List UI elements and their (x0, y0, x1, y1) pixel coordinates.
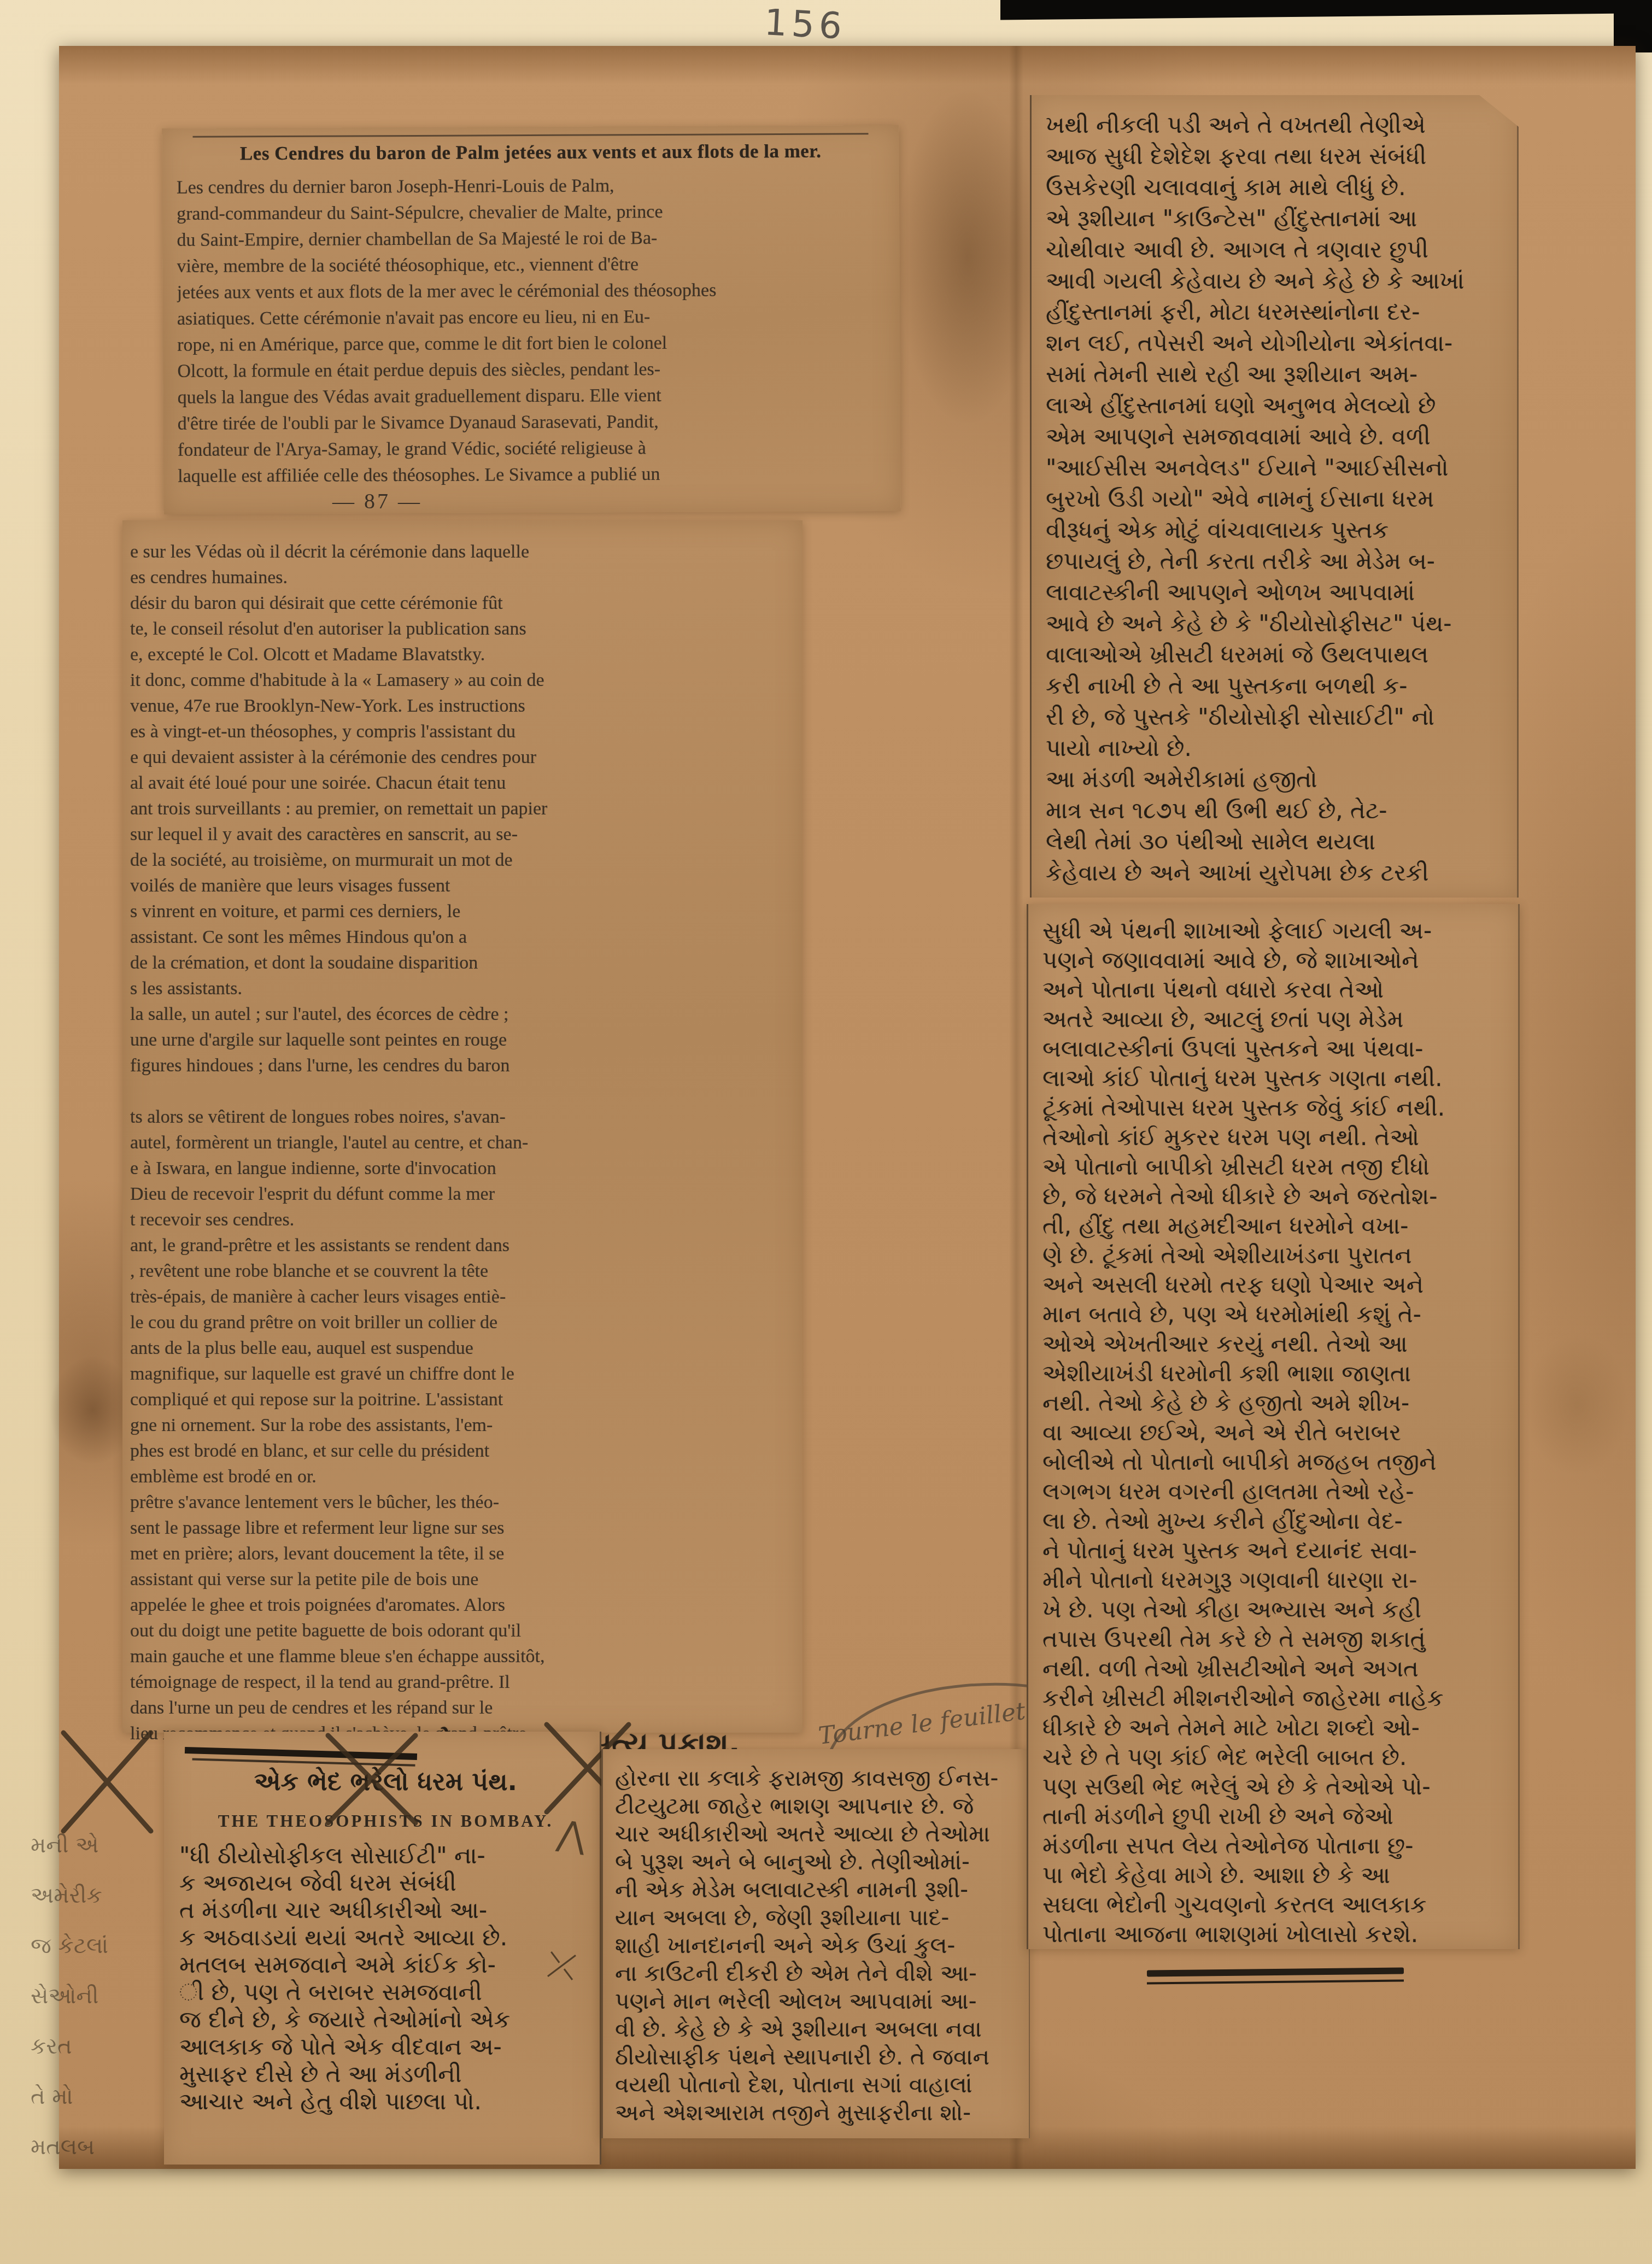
text-line: Olcott, la formule en était perdue depui… (177, 355, 886, 385)
text-line: ચરે છે તે પણ કાંઈ ભેદ ભરેલી બાબત છે. (1042, 1743, 1508, 1772)
text-line: ant trois surveillants : au premier, on … (130, 796, 793, 822)
right-column-upper: ખથી નીકલી પડી અને તે વખતથી તેણીએઆજ સુધી … (1030, 95, 1519, 898)
text-line: out du doigt une petite baguette de bois… (130, 1618, 793, 1644)
text-line: તી, હીંદુ તથા મહમદીઆન ધરમોને વખા- (1042, 1211, 1508, 1241)
text-line: એશીયાખંડી ધરમોની કશી ભાશા જાણતા (1042, 1359, 1508, 1388)
text-line (130, 1078, 793, 1104)
pencil-caret: ⋀ (555, 1813, 589, 1857)
text-line: તે મો (31, 2072, 167, 2122)
text-line: અતરે આવ્યા છે, આટલું છતાં પણ મેડેમ (1042, 1005, 1508, 1034)
text-line: Dieu de recevoir l'esprit du défunt comm… (130, 1181, 793, 1207)
pencil-x-mark (52, 1722, 162, 1842)
text-line: sur lequel il y avait des caractères en … (130, 822, 793, 847)
text-line: ટૂંકમાં તેઓપાસ ધરમ પુસ્તક જેવું કાંઈ નથી… (1042, 1093, 1508, 1123)
text-line: témoignage de respect, il la tend au gra… (130, 1669, 793, 1695)
text-line: એ રૂશીયાન "કાઉન્ટેસ" હીંદુસ્તાનમાં આ (1046, 203, 1506, 234)
text-line: venue, 47e rue Brooklyn-New-York. Les in… (130, 693, 793, 719)
text-line: પણને માન ભરેલી ઓલખ આપવામાં આ- (615, 1987, 1023, 2015)
text-line: લા છે. તેઓ મુખ્ય કરીને હીંદુઓના વેદ- (1042, 1506, 1508, 1536)
text-line: de la crémation, et dont la soudaine dis… (130, 950, 793, 976)
text-line: désir du baron qui désirait que cette cé… (130, 590, 793, 616)
text-line: ખે છે. પણ તેઓ કીહા અભ્યાસ અને કહી (1042, 1595, 1508, 1624)
text-line: te, le conseil résolut d'en autoriser la… (130, 616, 793, 642)
bombay-body: "ધી ઠીયોસોફીકલ સોસાઈટી" ના-ક અજાયબ જેવી … (179, 1842, 592, 2115)
text-line: autel, formèrent un triangle, l'autel au… (130, 1130, 793, 1156)
text-line: આલકાક જે પોતે એક વીદવાન અ- (179, 2033, 592, 2061)
text-line: e qui devaient assister à la cérémonie d… (130, 744, 793, 770)
text-line: આચાર અને હેતુ વીશે પાછલા પો. (179, 2088, 592, 2115)
text-line: sent le passage libre et referment leur … (130, 1515, 793, 1541)
text-line: ટીટયુટમા જાહેર ભાશણ આપનાર છે. જે (615, 1792, 1023, 1820)
text-line: આજ સુધી દેશેદેશ ફરવા તથા ધરમ સંબંધી (1046, 140, 1506, 172)
text-line: ધીકારે છે અને તેમને માટે ખોટા શબ્દો ઓ- (1042, 1713, 1508, 1743)
text-line: ના કાઉંટની દીકરી છે એમ તેને વીશે આ- (615, 1960, 1023, 1987)
scanner-bed-corner (1614, 0, 1652, 52)
text-line: આ મંડળી અમેરીકામાં હજીતો (1046, 764, 1506, 795)
text-line: it donc, comme d'habitude à la « Lamaser… (130, 667, 793, 693)
text-line: dans l'urne un peu de cendres et les rép… (130, 1695, 793, 1721)
text-line: ts alors se vêtirent de longues robes no… (130, 1104, 793, 1130)
text-line: phes est brodé en blanc, et sur celle du… (130, 1438, 793, 1464)
right-column-lower: સુધી એ પંથની શાખાઓ ફેલાઈ ગયલી અ-પણને જણા… (1027, 904, 1520, 1949)
text-line: ને પોતાનું ધરમ પુસ્તક અને દયાનંદ સવા- (1042, 1536, 1508, 1565)
text-line: vière, membre de la société théosophique… (177, 250, 885, 280)
text-line: તેઓનો કાંઈ મુકરર ધરમ પણ નથી. તેઓ (1042, 1123, 1508, 1152)
text-line: વા આવ્યા છઈએ, અને એ રીતે બરાબર (1042, 1418, 1508, 1447)
text-line: emblème est brodé en or. (130, 1464, 793, 1489)
text-line: grand-commandeur du Saint-Sépulcre, chev… (177, 198, 885, 227)
text-line: શાહી ખાનદાનની અને એક ઉંચાં કુલ- (615, 1932, 1023, 1960)
text-line: પણને જણાવવામાં આવે છે, જે શાખાઓને (1042, 946, 1508, 975)
text-line: અને પોતાના પંથનો વધારો કરવા તેઓ (1042, 975, 1508, 1005)
text-line: asiatiques. Cette cérémonie n'avait pas … (177, 303, 886, 332)
text-line: યાન અબલા છે, જેણી રૂશીયાના પાદ- (615, 1904, 1023, 1932)
text-line: વીરૂધનું એક મોટું વાંચવાલાયક પુસ્તક (1046, 514, 1506, 546)
text-line: શન લઈ, તપેસરી અને યોગીયોના એકાંતવા- (1046, 327, 1506, 359)
text-line: બોલીએ તો પોતાનો બાપીકો મજહબ તજીને (1042, 1447, 1508, 1477)
text-line: e à Iswara, en langue indienne, sorte d'… (130, 1156, 793, 1181)
text-line: છે, જે ધરમને તેઓ ધીકારે છે અને જરતોશ- (1042, 1182, 1508, 1211)
text-line: main gauche et une flamme bleue s'en éch… (130, 1644, 793, 1669)
text-line: "આઈસીસ અનવેલડ" ઈયાને "આઈસીસનો (1046, 452, 1506, 483)
french-headline: Les Cendres du baron de Palm jetées aux … (193, 133, 869, 165)
end-rule (1042, 1969, 1508, 1983)
text-line: પોતાના આજના ભાશણમાં ખોલાસો કરશે. (1042, 1920, 1508, 1949)
text-line: appelée le ghee et trois poignées d'arom… (130, 1592, 793, 1618)
text-line: ત મંડળીના ચાર અધીકારીઓ આ- (179, 1897, 592, 1924)
text-line: તાની મંડળીને છુપી રાખી છે અને જેઓ (1042, 1802, 1508, 1831)
text-line: જ કેટલાં (31, 1921, 167, 1971)
text-line: લાએ હીંદુસ્તાનમાં ઘણો અનુભવ મેલવ્યો છે (1046, 390, 1506, 421)
text-line: મંડળીના સપત લેય તેઓનેજ પોતાના છુ- (1042, 1831, 1508, 1861)
text-line: લાઓ કાંઈ પોતાનું ધરમ પુસ્તક ગણતા નથી. (1042, 1064, 1508, 1093)
text-line: très-épais, de manière à cacher leurs vi… (130, 1284, 793, 1310)
text-line: ચોથીવાર આવી છે. આગલ તે ત્રણવાર છુપી (1046, 234, 1506, 265)
text-line: t recevoir ses cendres. (130, 1207, 793, 1233)
text-line: હોરના રાા કલાકે ફરામજી કાવસજી ઈનસ- (615, 1764, 1023, 1792)
text-line: d'être tirée de l'oubli par le Sivamce D… (178, 408, 886, 437)
text-line: es cendres humaines. (130, 565, 793, 590)
text-line: માત્ર સન ૧૮૭૫ થી ઉભી થઈ છે, તેટ- (1046, 795, 1506, 826)
text-line: s vinrent en voiture, et parmi ces derni… (130, 899, 793, 924)
french-clipping-main: e sur les Védas où il décrit la cérémoni… (122, 520, 802, 1733)
text-line: બે પુરૂશ અને બે બાનુઓ છે. તેણીઓમાં- (615, 1848, 1023, 1876)
text-line: ી છે, પણ તે બરાબર સમજવાની (179, 1979, 592, 2006)
text-line: આવી ગયલી કેહેવાય છે અને કેહે છે કે આખાં (1046, 265, 1506, 296)
text-line: મુસાફર દીસે છે તે આ મંડળીની (179, 2061, 592, 2088)
text-line: લેથી તેમાં ૩૦ પંથીઓ સામેલ થયલા (1046, 826, 1506, 857)
text-line: જ દીને છે, કે જયારે તેઓમાંનો એક (179, 2006, 592, 2033)
text-line: મીને પોતાનો ધરમગુરૂ ગણવાની ધારણા રા- (1042, 1565, 1508, 1595)
text-line: ant, le grand-prêtre et les assistants s… (130, 1233, 793, 1258)
text-line: es à vingt-et-un théosophes, y compris l… (130, 719, 793, 744)
text-line: એમ આપણને સમજાવવામાં આવે છે. વળી (1046, 421, 1506, 452)
text-line: આવે છે અને કેહે છે કે "ઠીયોસોફીસટ" પંથ- (1046, 608, 1506, 639)
french-body: Les cendres du dernier baron Joseph-Henr… (177, 172, 887, 490)
ghost-fragments: મની એઅમેરીકજ કેટલાંસેઓનીકરતતે મોમતલબ (31, 1820, 167, 2172)
text-line: અને અસલી ધરમો તરફ ઘણો પેઆર અને (1042, 1270, 1508, 1300)
right-column-lower-body: સુધી એ પંથની શાખાઓ ફેલાઈ ગયલી અ-પણને જણા… (1042, 916, 1508, 1949)
page-top-edge (59, 46, 1636, 84)
text-line: અને એશઆરામ તજીને મુસાફરીના શો- (615, 2099, 1023, 2127)
text-line: quels la langue des Védas avait graduell… (178, 382, 886, 411)
pencil-x-mark (317, 1730, 426, 1828)
text-line: laquelle est affiliée celle des théosoph… (178, 460, 886, 490)
text-line: fondateur de l'Arya-Samay, le grand Védi… (178, 434, 886, 464)
text-line: s les assistants. (130, 976, 793, 1001)
text-line: નથી. તેઓ કેહે છે કે હજીતો અમે શીખ- (1042, 1388, 1508, 1418)
text-line: લાવાટસ્કીની આપણને ઓળખ આપવામાં (1046, 577, 1506, 608)
text-line: magnifique, sur laquelle est gravé un ch… (130, 1361, 793, 1387)
text-line: ઠીયોસાફીક પંથને સ્થાપનારી છે. તે જવાન (615, 2043, 1023, 2071)
text-line: બલાવાટસ્કીનાં ઉપલાં પુસ્તકને આ પંથવા- (1042, 1034, 1508, 1064)
text-line: figures hindoues ; dans l'urne, les cend… (130, 1053, 793, 1078)
text-line: le cou du grand prêtre on voit briller u… (130, 1310, 793, 1335)
text-line: હીંદુસ્તાનમાં ફરી, મોટા ધરમસ્થાંનોના દર- (1046, 296, 1506, 327)
text-line: કરત (31, 2021, 167, 2072)
scrapbook-scan: 156 Les Cendres du baron de Palm jetées … (0, 0, 1652, 2264)
text-line: વયથી પોતાનો દેશ, પોતાના સગાં વાહાલાં (615, 2071, 1023, 2099)
text-line: માન બતાવે છે, પણ એ ધરમોમાંથી કશું તે- (1042, 1300, 1508, 1329)
text-line: al avait été loué pour une soirée. Chacu… (130, 770, 793, 796)
text-line: કરીને ખ્રીસટી મીશનરીઓને જાહેરમા નાહેક (1042, 1684, 1508, 1713)
text-line: e, excepté le Col. Olcott et Madame Blav… (130, 642, 793, 667)
pencil-caret: ⤫ (545, 1944, 578, 1988)
text-line: સુધી એ પંથની શાખાઓ ફેલાઈ ગયલી અ- (1042, 916, 1508, 946)
text-line: ઉસકેરણી ચલાવવાનું કામ માથે લીધું છે. (1046, 172, 1506, 203)
text-line: ક અઠવાડયાં થયાં અતરે આવ્યા છે. (179, 1924, 592, 1951)
text-line: લગભગ ધરમ વગરની હાલતમા તેઓ રહે- (1042, 1477, 1508, 1506)
text-line: ની એક મેડેમ બલાવાટસ્કી નામની રૂશી- (615, 1876, 1023, 1904)
text-line: assistant. Ce sont les mêmes Hindous qu'… (130, 924, 793, 950)
text-line: પા ભેદો કેહેવા માગે છે. આશા છે કે આ (1042, 1861, 1508, 1890)
middle-column-clipping: હોરના રાા કલાકે ફરામજી કાવસજી ઈનસ-ટીટયુટ… (601, 1749, 1030, 2138)
text-line: બુરખો ઉડી ગયો" એવે નામનું ઈસાના ધરમ (1046, 483, 1506, 514)
text-line: ક અજાયબ જેવી ધરમ સંબંધી (179, 1869, 592, 1897)
text-line: ખથી નીકલી પડી અને તે વખતથી તેણીએ (1046, 109, 1506, 140)
text-line: assistant qui verse sur la petite pile d… (130, 1567, 793, 1592)
french-clipping-top: Les Cendres du baron de Palm jetées aux … (162, 125, 900, 514)
text-line: "ધી ઠીયોસોફીકલ સોસાઈટી" ના- (179, 1842, 592, 1869)
handwritten-folio-number: 156 (763, 1, 847, 48)
text-line: prêtre s'avance lentement vers le bûcher… (130, 1489, 793, 1515)
text-line: મતલબ સમજવાને અમે કાંઈક કો- (179, 1951, 592, 1979)
text-line: પણ સઉથી ભેદ ભરેલું એ છે કે તેઓએ પો- (1042, 1772, 1508, 1802)
text-line: voilés de manière que leurs visages fuss… (130, 873, 793, 899)
text-line: કરી નાખી છે તે આ પુસ્તકના બળથી ક- (1046, 670, 1506, 701)
text-line: અમેરીક (31, 1870, 167, 1921)
printed-page-number: — 87 — (295, 488, 459, 514)
end-rule-thick (1147, 1968, 1404, 1977)
text-line: du Saint-Empire, dernier chambellan de S… (177, 224, 885, 254)
text-line: gne ni ornement. Sur la robe des assista… (130, 1412, 793, 1438)
text-line: સઘલા ભેદોની ગુચવણનો કરતલ આલકાક (1042, 1890, 1508, 1920)
text-line: ઓએ એખતીઆર કરયું નથી. તેઓ આ (1042, 1329, 1508, 1359)
text-line: વાલાઓએ ખ્રીસટી ધરમમાં જે ઉથલપાથલ (1046, 639, 1506, 670)
text-line: ચાર અધીકારીઓ અતરે આવ્યા છે તેઓમા (615, 1820, 1023, 1848)
text-line: Les cendres du dernier baron Joseph-Henr… (177, 172, 885, 201)
text-line: વી છે. કેહે છે કે એ રૂશીયાન અબલા નવા (615, 2015, 1023, 2043)
text-line: સેઓની (31, 1971, 167, 2021)
text-line: e sur les Védas où il décrit la cérémoni… (130, 539, 793, 565)
text-line: de la société, au troisième, on murmurai… (130, 847, 793, 873)
text-line: met en prière; alors, levant doucement l… (130, 1541, 793, 1567)
text-line: તપાસ ઉપરથી તેમ કરે છે તે સમજી શકાતું (1042, 1624, 1508, 1654)
text-line: મતલબ (31, 2122, 167, 2172)
text-line: નથી. વળી તેઓ ખ્રીસટીઓને અને અગત (1042, 1654, 1508, 1684)
text-line: સમાં તેમની સાથે રહી આ રૂશીયાન અમ- (1046, 359, 1506, 390)
text-line: une urne d'argile sur laquelle sont pein… (130, 1027, 793, 1053)
text-line: compliqué et qui repose sur la poitrine.… (130, 1387, 793, 1412)
text-line: jetées aux vents et aux flots de la mer … (177, 277, 886, 306)
text-line: એ પોતાનો બાપીકો ખ્રીસટી ધરમ તજી દીધો (1042, 1152, 1508, 1182)
text-line: la salle, un autel ; sur l'autel, des éc… (130, 1001, 793, 1027)
text-line: ણે છે. ટૂંકમાં તેઓ એશીયાખંડના પુરાતન (1042, 1241, 1508, 1270)
text-line: rope, ni en Amérique, parce que, comme l… (177, 329, 886, 359)
text-line: , revêtent une robe blanche et se couvre… (130, 1258, 793, 1284)
text-line: રી છે, જે પુસ્તકે "ઠીયોસોફી સોસાઈટી" નો (1046, 701, 1506, 732)
text-line: પાયો નાખ્યો છે. (1046, 732, 1506, 764)
text-line: છપાયલું છે, તેની કરતા તરીકે આ મેડેમ બ- (1046, 546, 1506, 577)
text-line: ants de la plus belle eau, auquel est su… (130, 1335, 793, 1361)
text-line: કેહેવાય છે અને આખાં યુરોપમા છેક ટરકી (1046, 857, 1506, 888)
